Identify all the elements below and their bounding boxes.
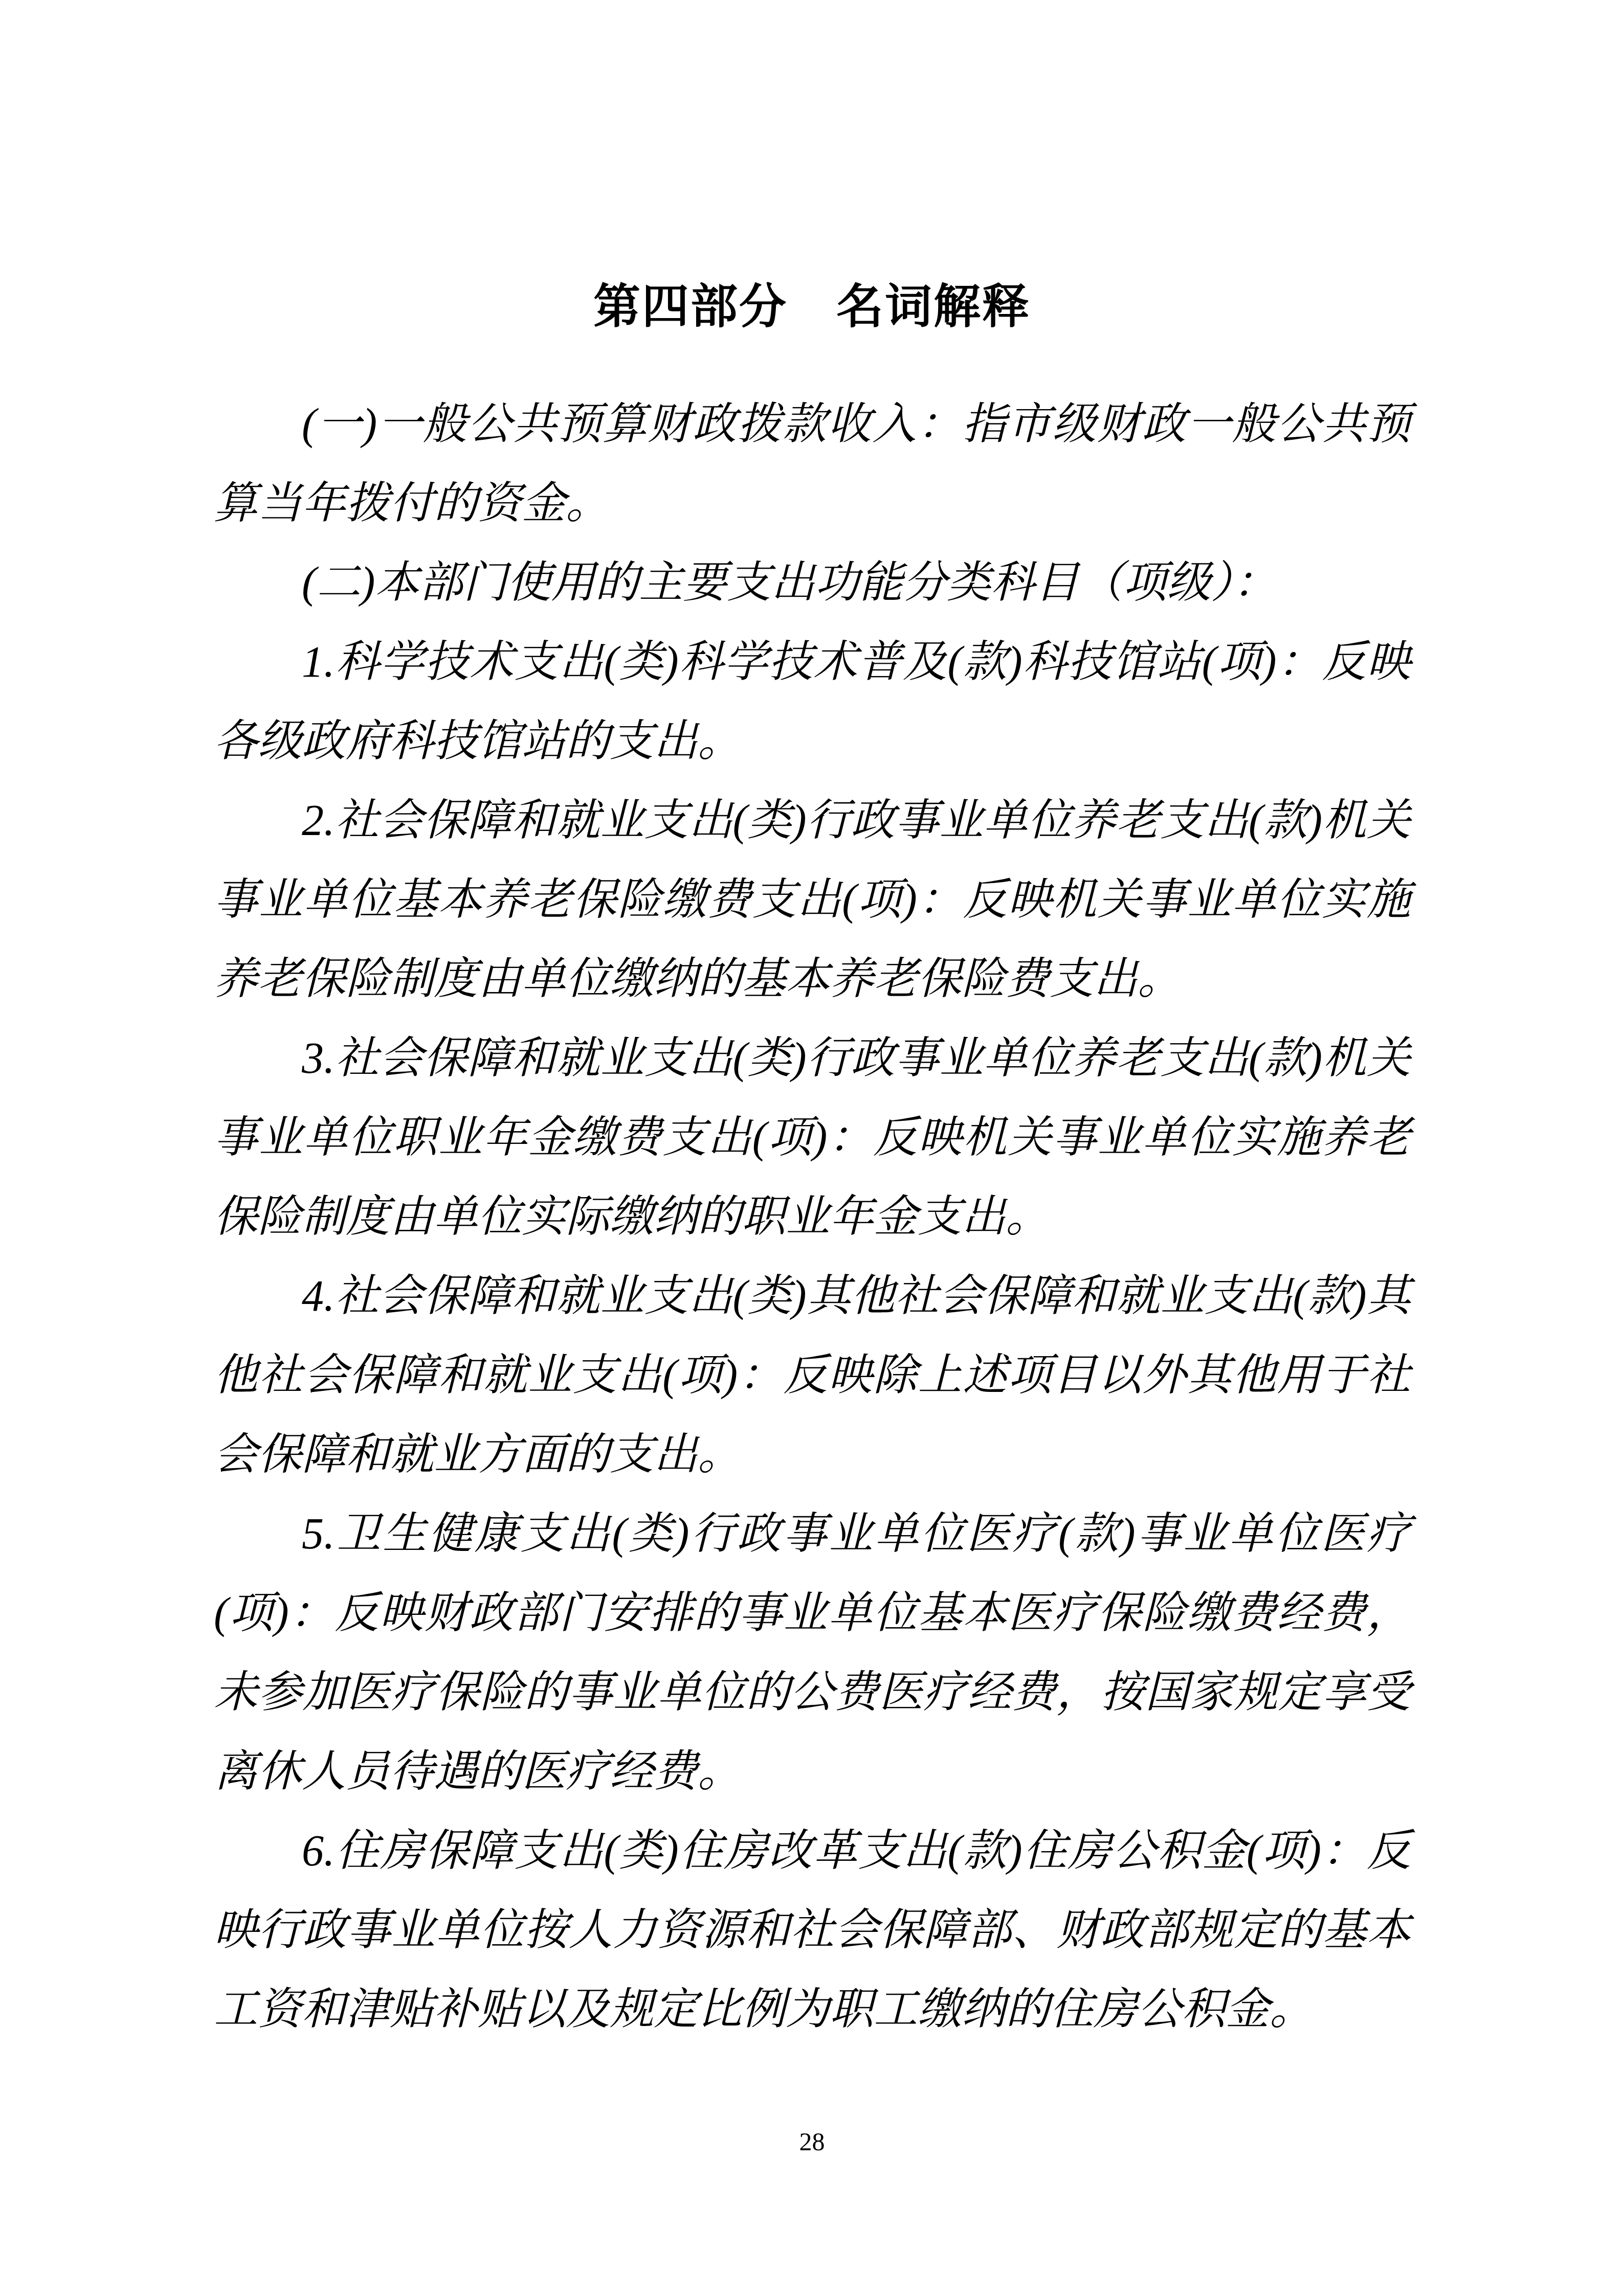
paragraph: 1.科学技术支出(类)科学技术普及(款)科技馆站(项)：反映各级政府科技馆站的支… xyxy=(214,622,1411,781)
paragraph: (二)本部门使用的主要支出功能分类科目（项级）： xyxy=(214,543,1411,622)
paragraph: (一)一般公共预算财政拨款收入：指市级财政一般公共预算当年拨付的资金。 xyxy=(214,385,1411,543)
page-number: 28 xyxy=(0,2129,1624,2154)
paragraph: 3.社会保障和就业支出(类)行政事业单位养老支出(款)机关事业单位职业年金缴费支… xyxy=(214,1019,1411,1256)
paragraph: 2.社会保障和就业支出(类)行政事业单位养老支出(款)机关事业单位基本养老保险缴… xyxy=(214,781,1411,1019)
paragraph: 4.社会保障和就业支出(类)其他社会保障和就业支出(款)其他社会保障和就业支出(… xyxy=(214,1256,1411,1494)
paragraph: 6.住房保障支出(类)住房改革支出(款)住房公积金(项)：反映行政事业单位按人力… xyxy=(214,1811,1411,2049)
paragraph: 5.卫生健康支出(类)行政事业单位医疗(款)事业单位医疗(项)：反映财政部门安排… xyxy=(214,1494,1411,1811)
document-page: 第四部分 名词解释 (一)一般公共预算财政拨款收入：指市级财政一般公共预算当年拨… xyxy=(0,0,1624,2296)
page-title: 第四部分 名词解释 xyxy=(0,280,1624,334)
document-body: (一)一般公共预算财政拨款收入：指市级财政一般公共预算当年拨付的资金。 (二)本… xyxy=(214,385,1411,2049)
